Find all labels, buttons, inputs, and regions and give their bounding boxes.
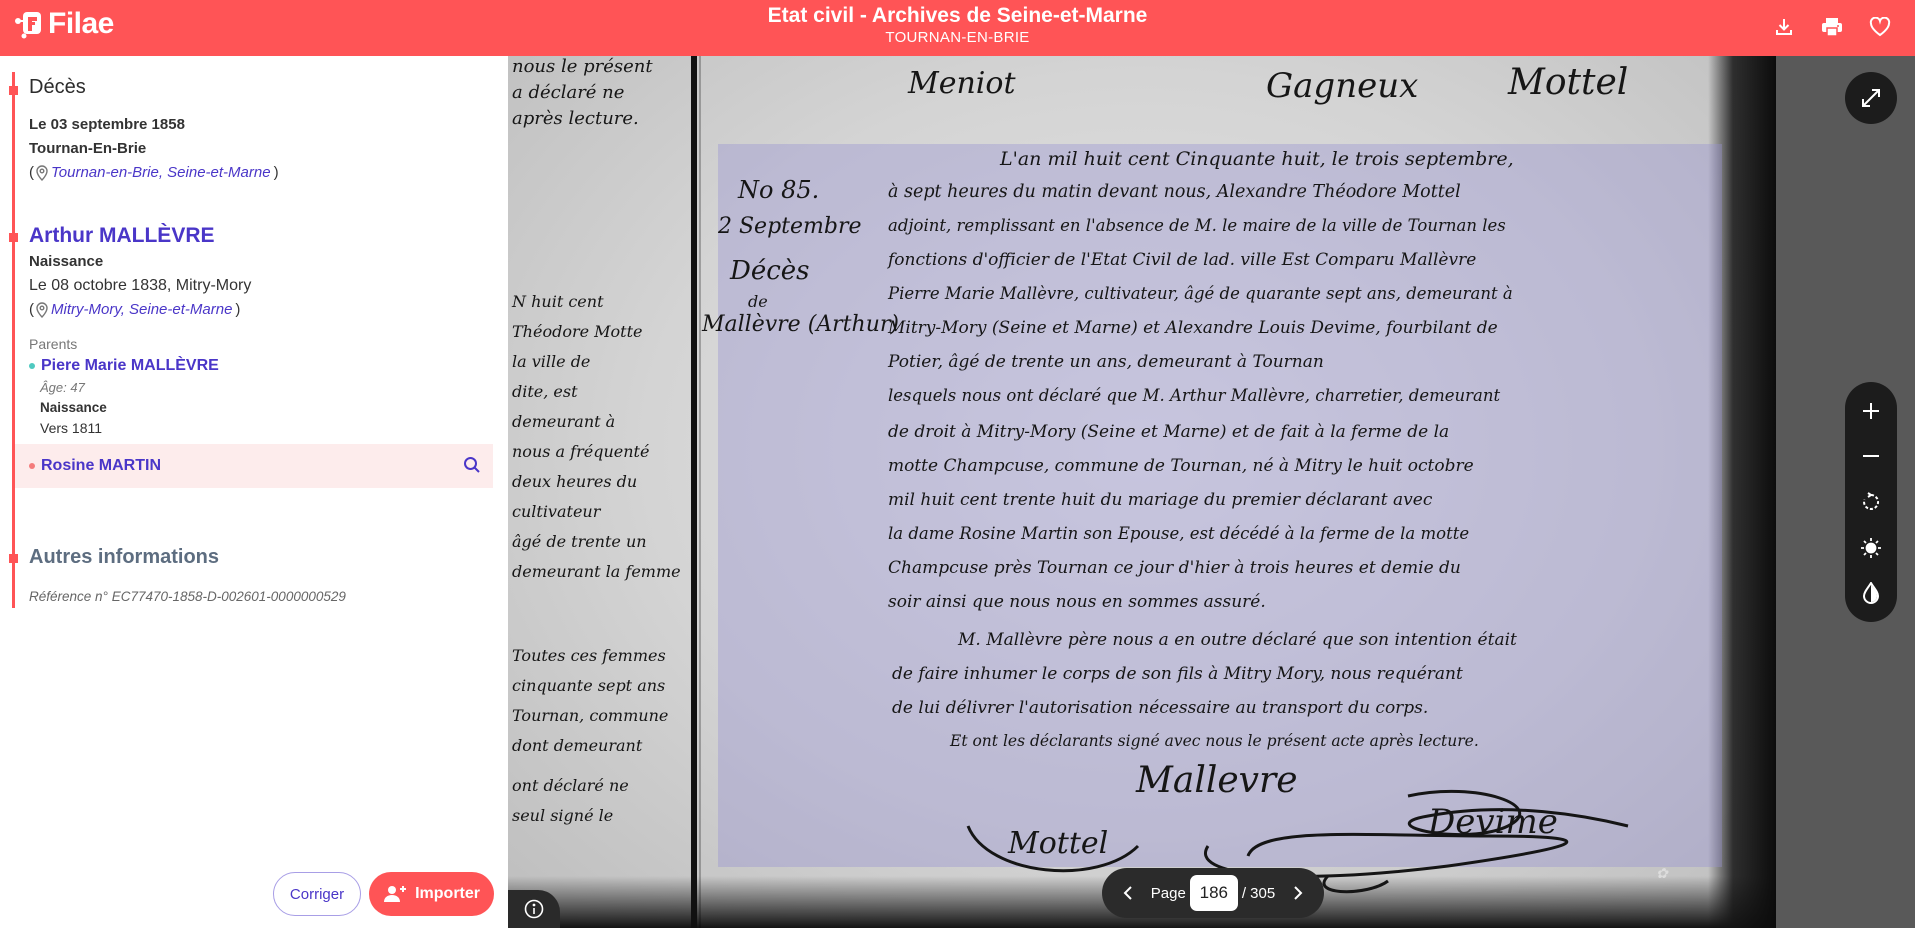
zoom-out-button[interactable] xyxy=(1853,438,1889,474)
zoom-out-icon xyxy=(1862,447,1880,465)
app-header: Filae Etat civil - Archives de Seine-et-… xyxy=(0,0,1915,56)
page-navigator: Page / 305 xyxy=(1102,868,1324,918)
parent-father: Piere Marie MALLÈVRE xyxy=(29,354,492,378)
page-label: Page xyxy=(1151,885,1186,902)
search-mother-button[interactable] xyxy=(463,456,481,479)
mother-dot xyxy=(29,463,35,469)
info-button[interactable] xyxy=(508,890,560,928)
brightness-icon xyxy=(1860,537,1882,559)
person-name[interactable]: Arthur MALLÈVRE xyxy=(29,222,492,250)
contrast-icon xyxy=(1862,582,1880,604)
father-birth-value: Vers 1811 xyxy=(40,418,492,438)
rotate-button[interactable] xyxy=(1853,484,1889,520)
page-title: Etat civil - Archives de Seine-et-Marne xyxy=(0,3,1915,29)
info-icon xyxy=(524,899,544,919)
fullscreen-button[interactable] xyxy=(1845,72,1897,124)
other-info-section: Autres informations Référence n° EC77470… xyxy=(29,546,492,604)
father-birth-label: Naissance xyxy=(40,398,492,418)
other-info-title: Autres informations xyxy=(29,546,492,569)
parents-label: Parents xyxy=(29,334,492,354)
expand-icon xyxy=(1860,87,1882,109)
birth-value: Le 08 octobre 1838, Mitry-Mory xyxy=(29,274,492,298)
search-icon xyxy=(463,456,481,474)
mother-name[interactable]: Rosine MARTIN xyxy=(41,454,161,478)
father-dot xyxy=(29,363,35,369)
zoom-in-button[interactable] xyxy=(1853,393,1889,429)
timeline-marker xyxy=(9,554,18,563)
download-button[interactable] xyxy=(1771,14,1797,40)
sidebar-actions: Corriger Importer xyxy=(273,872,494,916)
timeline-marker xyxy=(9,86,18,95)
page-spine xyxy=(691,56,697,928)
record-sidebar: Décès Le 03 septembre 1858 Tournan-En-Br… xyxy=(0,56,508,928)
contrast-button[interactable] xyxy=(1853,575,1889,611)
document-viewer[interactable]: nous le présent a déclaré ne après lectu… xyxy=(508,56,1915,928)
chevron-right-icon xyxy=(1293,886,1303,900)
next-page-button[interactable] xyxy=(1286,881,1310,905)
event-location-link[interactable]: Tournan-en-Brie, Seine-et-Marne xyxy=(51,161,271,185)
chevron-left-icon xyxy=(1123,886,1133,900)
header-actions xyxy=(1771,14,1893,40)
map-pin-icon xyxy=(35,302,49,318)
print-icon xyxy=(1821,17,1843,37)
print-button[interactable] xyxy=(1819,14,1845,40)
zoom-in-icon xyxy=(1862,402,1880,420)
person-section: Arthur MALLÈVRE Naissance Le 08 octobre … xyxy=(29,222,492,438)
parent-mother-row[interactable]: Rosine MARTIN xyxy=(15,444,493,488)
favorite-button[interactable] xyxy=(1867,14,1893,40)
event-section: Décès Le 03 septembre 1858 Tournan-En-Br… xyxy=(29,76,492,185)
correct-button[interactable]: Corriger xyxy=(273,872,361,916)
birth-location-link[interactable]: Mitry-Mory, Seine-et-Marne xyxy=(51,298,232,322)
event-location: ( Tournan-en-Brie, Seine-et-Marne ) xyxy=(29,161,492,185)
rotate-icon xyxy=(1861,492,1881,512)
import-label: Importer xyxy=(415,885,480,903)
page-subtitle: TOURNAN-EN-BRIE xyxy=(0,29,1915,47)
birth-label: Naissance xyxy=(29,250,492,274)
father-name[interactable]: Piere Marie MALLÈVRE xyxy=(41,354,219,378)
archive-scan-image[interactable]: nous le présent a déclaré ne après lectu… xyxy=(508,56,1776,928)
timeline-line xyxy=(12,72,15,608)
prev-page-button[interactable] xyxy=(1116,881,1140,905)
page-total: / 305 xyxy=(1242,885,1275,902)
father-age: Âge: 47 xyxy=(40,378,492,398)
birth-location: ( Mitry-Mory, Seine-et-Marne ) xyxy=(29,298,492,322)
map-pin-icon xyxy=(35,165,49,181)
add-person-icon xyxy=(383,885,407,903)
timeline-marker xyxy=(9,233,18,242)
import-button[interactable]: Importer xyxy=(369,872,494,916)
page-number-input[interactable] xyxy=(1190,875,1238,911)
event-title: Décès xyxy=(29,76,492,99)
download-icon xyxy=(1774,17,1794,37)
event-place: Tournan-En-Brie xyxy=(29,137,492,161)
reference-number: Référence n° EC77470-1858-D-002601-00000… xyxy=(29,589,492,604)
event-date: Le 03 septembre 1858 xyxy=(29,113,492,137)
heart-icon xyxy=(1869,17,1891,37)
header-title-block: Etat civil - Archives de Seine-et-Marne … xyxy=(0,3,1915,47)
viewer-toolbar xyxy=(1845,382,1897,622)
brightness-button[interactable] xyxy=(1853,530,1889,566)
